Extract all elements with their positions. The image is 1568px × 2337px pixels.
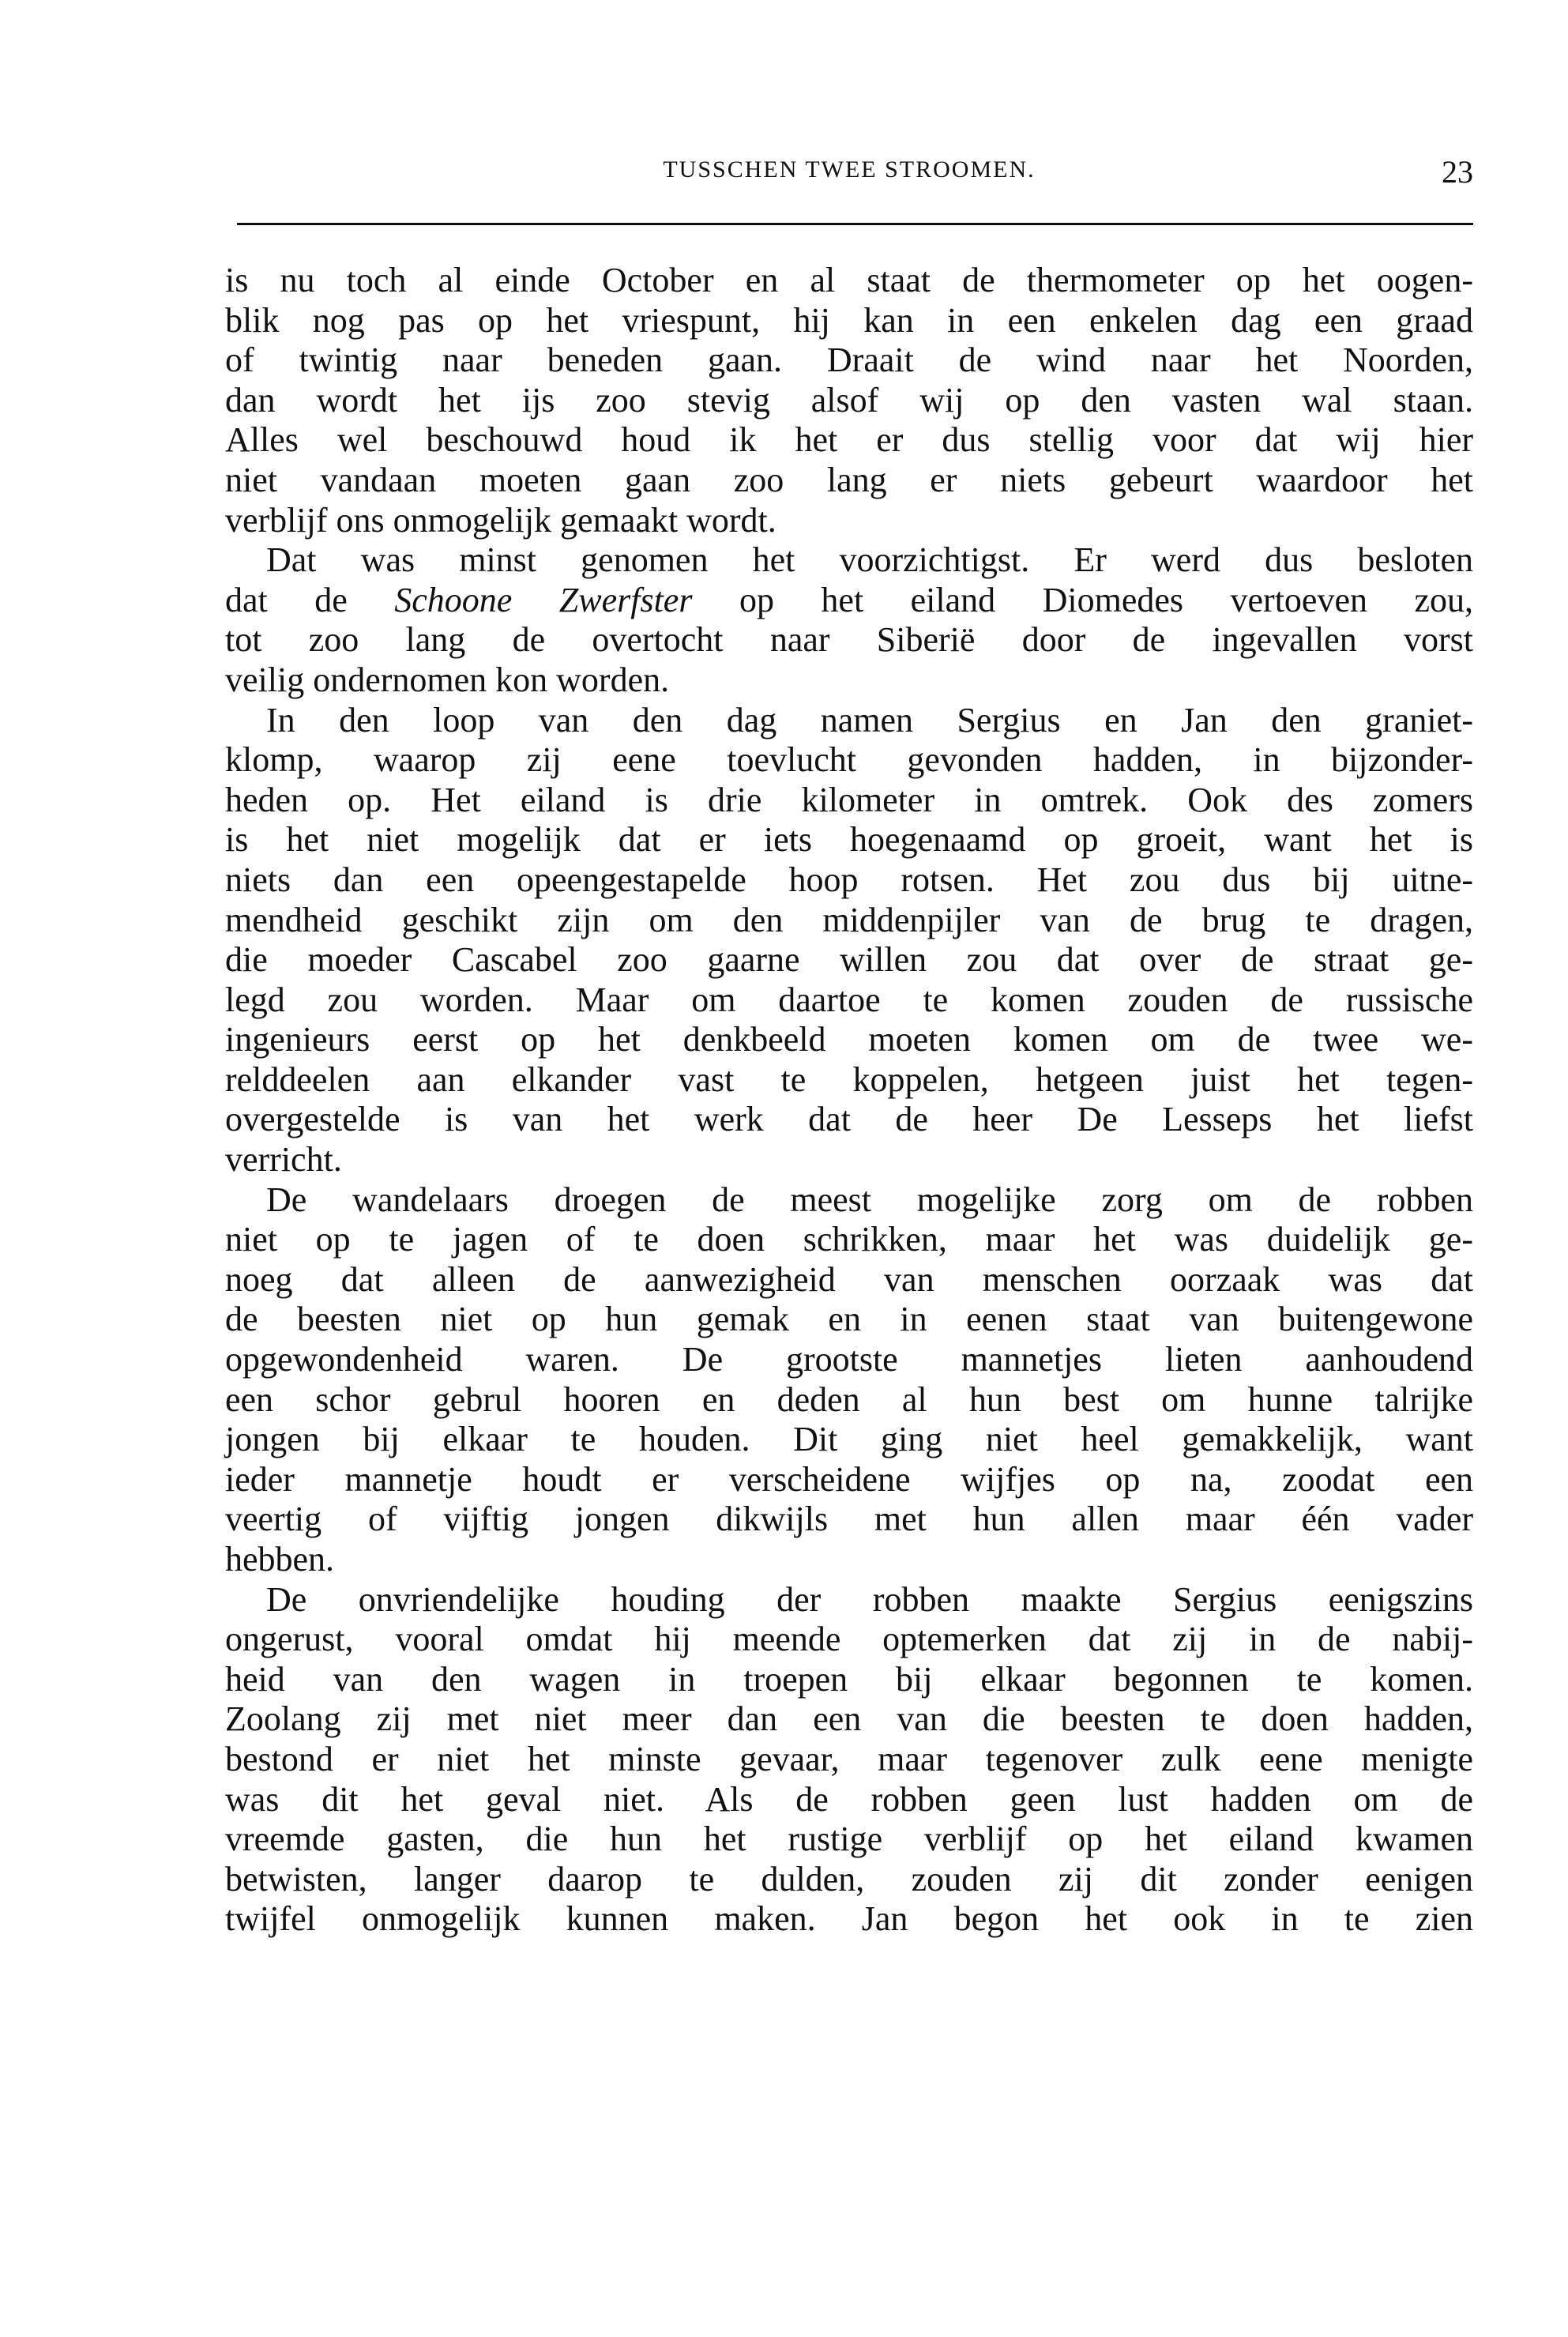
text-line: twijfel onmogelijk kunnen maken. Jan beg… bbox=[225, 1899, 1473, 1940]
text-line: vreemde gasten, die hun het rustige verb… bbox=[225, 1820, 1473, 1860]
text-line: ongerust, vooral omdat hij meende opteme… bbox=[225, 1620, 1473, 1660]
text-line: verblijf ons onmogelijk gemaakt wordt. bbox=[225, 501, 1473, 541]
text-line: Zoolang zij met niet meer dan een van di… bbox=[225, 1699, 1473, 1740]
text-line: Dat was minst genomen het voorzichtigst.… bbox=[225, 540, 1473, 581]
header-rule bbox=[237, 223, 1473, 225]
page-number: 23 bbox=[1442, 153, 1473, 190]
text-line: opgewondenheid waren. De grootste mannet… bbox=[225, 1340, 1473, 1380]
text-line: niet op te jagen of te doen schrikken, m… bbox=[225, 1220, 1473, 1260]
text-line: verricht. bbox=[225, 1140, 1473, 1180]
text-line: is het niet mogelijk dat er iets hoegena… bbox=[225, 820, 1473, 860]
text-line: dat de Schoone Zwerfster op het eiland D… bbox=[225, 581, 1473, 621]
text-line: was dit het geval niet. Als de robben ge… bbox=[225, 1780, 1473, 1820]
text-line: heden op. Het eiland is drie kilometer i… bbox=[225, 781, 1473, 821]
text-line: tot zoo lang de overtocht naar Siberië d… bbox=[225, 620, 1473, 660]
text-line: ingenieurs eerst op het denkbeeld moeten… bbox=[225, 1020, 1473, 1060]
text-line: Alles wel beschouwd houd ik het er dus s… bbox=[225, 420, 1473, 461]
text-line: legd zou worden. Maar om daartoe te kome… bbox=[225, 980, 1473, 1021]
text-line: heid van den wagen in troepen bij elkaar… bbox=[225, 1660, 1473, 1700]
text-line: de beesten niet op hun gemak en in eenen… bbox=[225, 1300, 1473, 1340]
text-line: relddeelen aan elkander vast te koppelen… bbox=[225, 1060, 1473, 1101]
text-line: veilig ondernomen kon worden. bbox=[225, 660, 1473, 701]
italic-ship-name: Schoone Zwerfster bbox=[394, 581, 692, 619]
text-line: ieder mannetje houdt er verscheidene wij… bbox=[225, 1460, 1473, 1500]
text-line: een schor gebrul hooren en deden al hun … bbox=[225, 1380, 1473, 1421]
text-line: klomp, waarop zij eene toevlucht gevonde… bbox=[225, 740, 1473, 781]
text-line: De wandelaars droegen de meest mogelijke… bbox=[225, 1180, 1473, 1221]
running-title: TUSSCHEN TWEE STROOMEN. bbox=[225, 156, 1473, 183]
text-line: noeg dat alleen de aanwezigheid van mens… bbox=[225, 1260, 1473, 1300]
text-line: De onvriendelijke houding der robben maa… bbox=[225, 1580, 1473, 1620]
text-line: of twintig naar beneden gaan. Draait de … bbox=[225, 341, 1473, 381]
text-line: niet vandaan moeten gaan zoo lang er nie… bbox=[225, 461, 1473, 501]
text-line: blik nog pas op het vriespunt, hij kan i… bbox=[225, 301, 1473, 341]
text-line: die moeder Cascabel zoo gaarne willen zo… bbox=[225, 940, 1473, 980]
text-line: dan wordt het ijs zoo stevig alsof wij o… bbox=[225, 381, 1473, 421]
text-span: dat de bbox=[225, 581, 394, 619]
body-text: is nu toch al einde October en al staat … bbox=[225, 261, 1473, 1940]
text-line: betwisten, langer daarop te dulden, zoud… bbox=[225, 1860, 1473, 1900]
page-header: TUSSCHEN TWEE STROOMEN. 23 bbox=[225, 156, 1473, 196]
text-line: overgestelde is van het werk dat de heer… bbox=[225, 1100, 1473, 1140]
text-line: mendheid geschikt zijn om den middenpijl… bbox=[225, 901, 1473, 941]
text-line: jongen bij elkaar te houden. Dit ging ni… bbox=[225, 1420, 1473, 1460]
text-line: is nu toch al einde October en al staat … bbox=[225, 261, 1473, 301]
text-line: bestond er niet het minste gevaar, maar … bbox=[225, 1740, 1473, 1780]
text-span: op het eiland Diomedes vertoeven zou, bbox=[692, 581, 1473, 619]
text-line: In den loop van den dag namen Sergius en… bbox=[225, 701, 1473, 741]
text-line: hebben. bbox=[225, 1540, 1473, 1580]
text-line: niets dan een opeengestapelde hoop rotse… bbox=[225, 860, 1473, 901]
text-line: veertig of vijftig jongen dikwijls met h… bbox=[225, 1500, 1473, 1540]
